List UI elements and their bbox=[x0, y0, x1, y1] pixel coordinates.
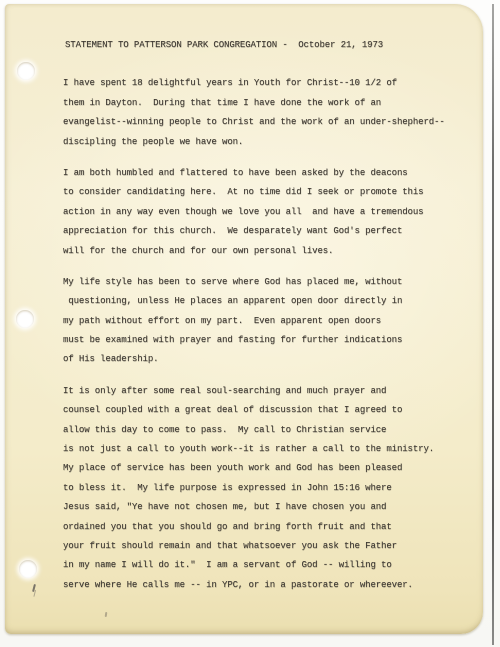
text-line: My life style has been to serve where Go… bbox=[63, 273, 473, 292]
text-line: action in any way even though we love yo… bbox=[63, 203, 473, 222]
scanned-document: STATEMENT TO PATTERSON PARK CONGREGATION… bbox=[0, 0, 500, 647]
text-line: to consider candidating here. At no time… bbox=[63, 183, 473, 202]
typewritten-text: STATEMENT TO PATTERSON PARK CONGREGATION… bbox=[63, 36, 473, 607]
text-line: of His leadership. bbox=[63, 350, 473, 369]
text-line: is not just a call to youth work--it is … bbox=[63, 440, 473, 459]
ink-speck bbox=[105, 612, 108, 617]
text-line: ordained you that you should go and brin… bbox=[63, 518, 473, 537]
punch-hole bbox=[17, 62, 35, 80]
text-line: will for the church and for our own pers… bbox=[63, 242, 473, 261]
pen-mark bbox=[32, 584, 36, 592]
text-line: questioning, unless He places an apparen… bbox=[63, 292, 473, 311]
text-line: to bless it. My life purpose is expresse… bbox=[63, 479, 473, 498]
paragraph: My life style has been to serve where Go… bbox=[63, 273, 473, 370]
text-line: appreciation for this church. We despara… bbox=[63, 222, 473, 241]
text-line: My place of service has been youth work … bbox=[63, 459, 473, 478]
text-line: allow this day to come to pass. My call … bbox=[63, 421, 473, 440]
text-line: Jesus said, "Ye have not chosen me, but … bbox=[63, 498, 473, 517]
paragraph: I have spent 18 delightful years in Yout… bbox=[63, 74, 473, 152]
text-line: I am both humbled and flattered to have … bbox=[63, 164, 473, 183]
text-line: evangelist--winning people to Christ and… bbox=[63, 113, 473, 132]
text-line: counsel coupled with a great deal of dis… bbox=[63, 401, 473, 420]
document-page: STATEMENT TO PATTERSON PARK CONGREGATION… bbox=[5, 4, 483, 634]
text-line: your fruit should remain and that whatso… bbox=[63, 537, 473, 556]
paragraph: I am both humbled and flattered to have … bbox=[63, 164, 473, 261]
document-title: STATEMENT TO PATTERSON PARK CONGREGATION… bbox=[65, 36, 473, 55]
document-body: I have spent 18 delightful years in Yout… bbox=[63, 74, 473, 595]
text-line: them in Dayton. During that time I have … bbox=[63, 94, 473, 113]
punch-hole bbox=[16, 310, 34, 328]
punch-hole bbox=[19, 560, 37, 578]
scan-edge-line bbox=[492, 4, 494, 645]
text-line: in my name I will do it." I am a servant… bbox=[63, 556, 473, 575]
text-line: discipling the people we have won. bbox=[63, 133, 473, 152]
text-line: must be examined with prayer and fasting… bbox=[63, 331, 473, 350]
text-line: It is only after some real soul-searchin… bbox=[63, 382, 473, 401]
text-line: serve where He calls me -- in YPC, or in… bbox=[63, 576, 473, 595]
text-line: my path without effort on my part. Even … bbox=[63, 312, 473, 331]
paragraph: It is only after some real soul-searchin… bbox=[63, 382, 473, 595]
text-line: I have spent 18 delightful years in Yout… bbox=[63, 74, 473, 93]
